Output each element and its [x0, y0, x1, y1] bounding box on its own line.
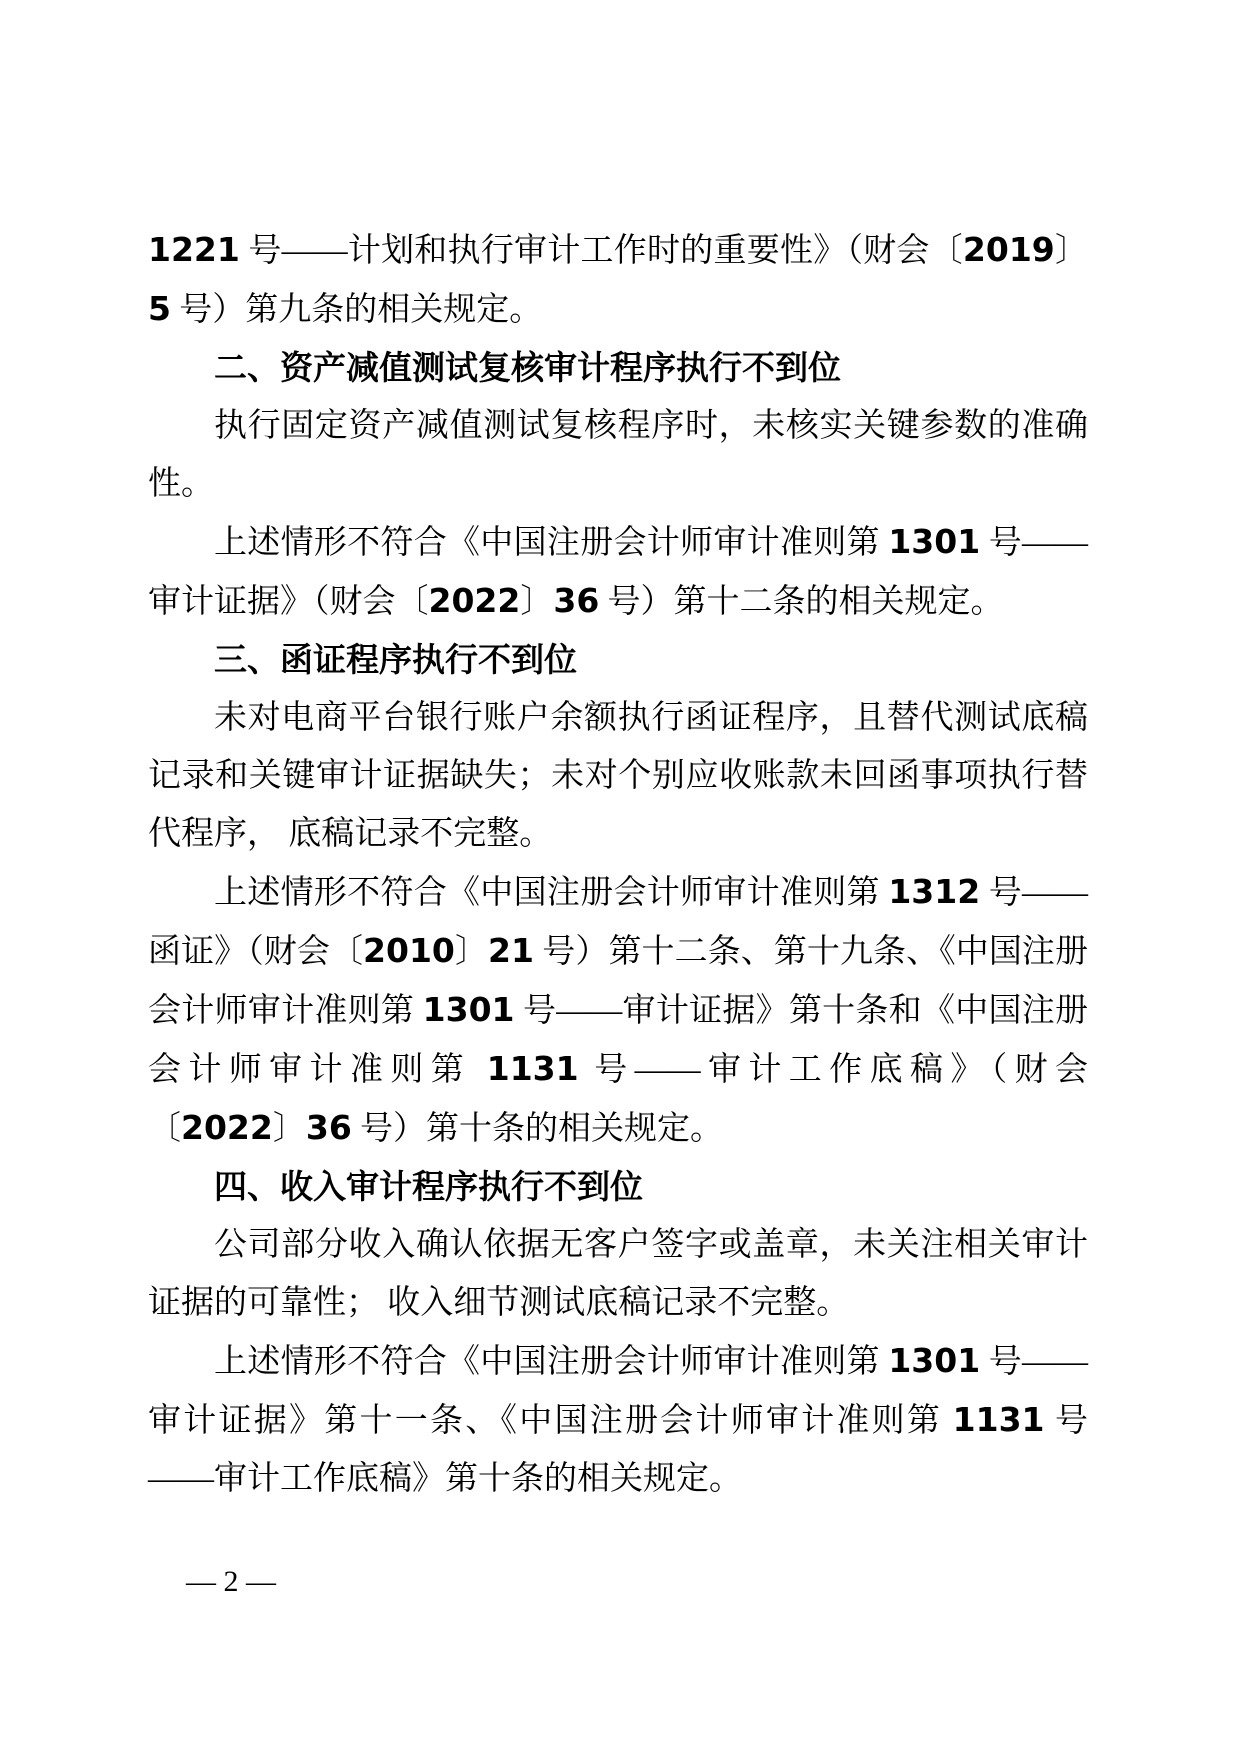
section-3-regulation-paragraph: 上述情形不符合《中国注册会计师审计准则第 1312 号——函证》（财会〔2010… — [148, 863, 1088, 1158]
document-body: 1221 号——计划和执行审计工作时的重要性》（财会〔2019〕5 号）第九条的… — [148, 221, 1088, 1508]
section-4-regulation-paragraph: 上述情形不符合《中国注册会计师审计准则第 1301 号——审计证据》第十一条、《… — [148, 1332, 1088, 1508]
section-2-finding-paragraph: 执行固定资产减值测试复核程序时，未核实关键参数的准确性。 — [148, 397, 1088, 513]
section-4-heading: 四、收入审计程序执行不到位 — [148, 1158, 1088, 1216]
page-number: — 2 — — [186, 1562, 276, 1602]
section-2-regulation-paragraph: 上述情形不符合《中国注册会计师审计准则第 1301 号——审计证据》（财会〔20… — [148, 513, 1088, 631]
section-4-finding-paragraph: 公司部分收入确认依据无客户签字或盖章，未关注相关审计证据的可靠性； 收入细节测试… — [148, 1216, 1088, 1332]
section-3-finding-paragraph: 未对电商平台银行账户余额执行函证程序，且替代测试底稿记录和关键审计证据缺失；未对… — [148, 689, 1088, 863]
document-page: 1221 号——计划和执行审计工作时的重要性》（财会〔2019〕5 号）第九条的… — [0, 0, 1241, 1754]
section-3-heading: 三、函证程序执行不到位 — [148, 631, 1088, 689]
section-2-heading: 二、资产减值测试复核审计程序执行不到位 — [148, 339, 1088, 397]
paragraph-continued-from-previous-page: 1221 号——计划和执行审计工作时的重要性》（财会〔2019〕5 号）第九条的… — [148, 221, 1088, 339]
